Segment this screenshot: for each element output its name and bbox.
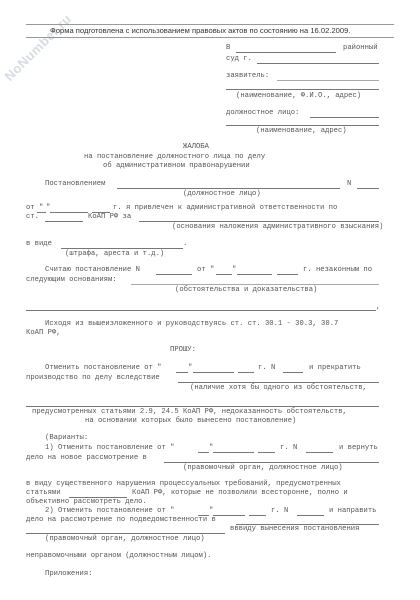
p5-line2: КоАП РФ, <box>26 329 61 337</box>
p2-from: от " <box>26 204 43 212</box>
p1-hint: (должностное лицо) <box>183 190 261 198</box>
v1-start: 1) Отменить постановление от " <box>45 444 174 452</box>
p4-grounds-field[interactable] <box>131 284 379 285</box>
court-city-label: суд г. <box>226 55 252 63</box>
request-heading: ПРОШУ: <box>170 346 196 354</box>
v1-line2: дело на новое рассмотрение в <box>26 454 147 462</box>
v1-authority-field[interactable] <box>164 462 379 463</box>
v1-line5: объективно рассмотреть дело. <box>26 498 147 506</box>
title-line-2: об административном правонарушении <box>103 162 250 170</box>
p4-line2: следующим основаниям: <box>26 276 117 284</box>
p4-quote: " <box>232 266 236 274</box>
p4-day-field[interactable] <box>216 274 232 275</box>
p4-number-field[interactable] <box>156 274 192 275</box>
v2-line2: дело на рассмотрение по подведомственнос… <box>26 516 216 524</box>
v2-start: 2) Отменить постановление от " <box>45 507 174 515</box>
p2-article-field[interactable] <box>45 221 83 222</box>
p5-line1: Исходя из вышеизложенного и руководствуя… <box>45 320 338 328</box>
v2-year-field[interactable] <box>249 515 266 516</box>
penalty-type-field[interactable] <box>61 248 183 249</box>
v1-line4b: КоАП РФ, которые не позволили всесторонн… <box>132 489 348 497</box>
p2-st: ст. <box>26 213 39 221</box>
v2-hint: (правомочный орган, должностное лицо) <box>45 535 205 543</box>
attachments-label: Приложения: <box>45 570 92 578</box>
p2-rest: г. я привлечен к административной ответс… <box>113 204 337 212</box>
v1-hint: (правомочный орган, должностное лицо) <box>183 464 343 472</box>
p2-grounds-field[interactable] <box>139 221 379 222</box>
v2-authority-field-2[interactable] <box>26 533 225 534</box>
v1-g: г. N <box>280 444 297 452</box>
applicant-label: заявитель: <box>226 72 269 80</box>
v2-month-field[interactable] <box>213 515 245 516</box>
p6-day-field[interactable] <box>176 372 188 373</box>
applicant-field-2[interactable] <box>226 89 379 90</box>
official-label: должностное лицо: <box>226 109 299 117</box>
p3-hint: (штрафа, ареста и т.д.) <box>65 250 164 258</box>
p4-grounds-field-2[interactable] <box>26 310 376 311</box>
header-notice: Форма подготовлена с использованием прав… <box>50 26 350 35</box>
v1-end: и вернуть <box>339 444 378 452</box>
p6-g: г. N <box>258 364 275 372</box>
v2-number-field[interactable] <box>297 515 324 516</box>
p6-number-field[interactable] <box>283 372 303 373</box>
v1-line3: в виду существенного нарушения процессуа… <box>26 480 341 488</box>
v2-line4: неправомочными органом (должностным лицо… <box>26 552 211 560</box>
decision-number-field[interactable] <box>357 188 379 189</box>
court-prefix: В <box>226 44 230 52</box>
p6-start: Отменить постановление от " <box>45 364 161 372</box>
p2-month-field[interactable] <box>50 212 88 213</box>
p4-hint: (обстоятельства и доказательства) <box>175 286 317 294</box>
p2-quote: " <box>46 204 50 212</box>
p6-hint: (наличие хотя бы одного из обстоятельств… <box>190 384 367 392</box>
p4-from: от " <box>197 266 214 274</box>
v1-year-field[interactable] <box>258 452 275 453</box>
header-rule-bottom <box>26 37 394 38</box>
p6-hint-3: на основании которых было вынесено поста… <box>85 417 296 425</box>
p1-start: Постановлением <box>45 180 105 188</box>
v2-g: г. N <box>271 507 288 515</box>
p4-year-field[interactable] <box>277 274 298 275</box>
v1-day-field[interactable] <box>198 452 209 453</box>
p4-start: Считаю постановление N <box>45 266 140 274</box>
title-line-1: на постановление должностного лица по де… <box>84 153 265 161</box>
v2-line3: вввиду вынесения постановления <box>230 525 359 533</box>
v1-quote: " <box>209 444 213 452</box>
v1-month-field[interactable] <box>213 452 254 453</box>
p2-hint: (основания наложения административного в… <box>172 223 383 231</box>
v1-line4a: статьями <box>26 489 61 497</box>
p6-end: и прекратить <box>309 364 361 372</box>
decision-official-field[interactable] <box>117 188 340 189</box>
v2-quote: " <box>209 507 213 515</box>
applicant-hint: (наименование, Ф.И.О., адрес) <box>236 92 361 100</box>
p4-rest: г. незаконным по <box>303 266 372 274</box>
p6-year-field[interactable] <box>238 372 254 373</box>
applicant-field[interactable] <box>277 80 379 81</box>
p6-hint-2: предусмотренных статьями 2.9, 24.5 КоАП … <box>32 408 347 416</box>
document-title: ЖАЛОБА <box>0 143 420 151</box>
court-suffix: районный <box>343 44 378 52</box>
variants-label: (Варианты: <box>45 434 88 442</box>
p6-reason-field-2[interactable] <box>26 406 379 407</box>
official-hint: (наименование, адрес) <box>256 127 347 135</box>
p6-quote: " <box>188 364 192 372</box>
p6-line2: производство по делу вследствие <box>26 374 160 382</box>
p3-start: в виде <box>26 240 52 248</box>
court-name-field[interactable] <box>236 52 336 53</box>
court-city-field[interactable] <box>257 63 379 64</box>
header-rule-top <box>26 24 394 25</box>
p6-month-field[interactable] <box>193 372 234 373</box>
watermark: NoNumber.ru <box>2 11 75 84</box>
official-field-2[interactable] <box>226 125 379 126</box>
p6-reason-field[interactable] <box>178 382 379 383</box>
p3-end: . <box>183 240 187 248</box>
p4-end: , <box>376 303 380 311</box>
p2-koap: КоАП РФ за <box>88 213 131 221</box>
p1-number-label: N <box>347 180 351 188</box>
v2-end: и направить <box>329 507 376 515</box>
v1-number-field[interactable] <box>306 452 333 453</box>
official-field[interactable] <box>310 117 379 118</box>
p4-month-field[interactable] <box>237 274 272 275</box>
